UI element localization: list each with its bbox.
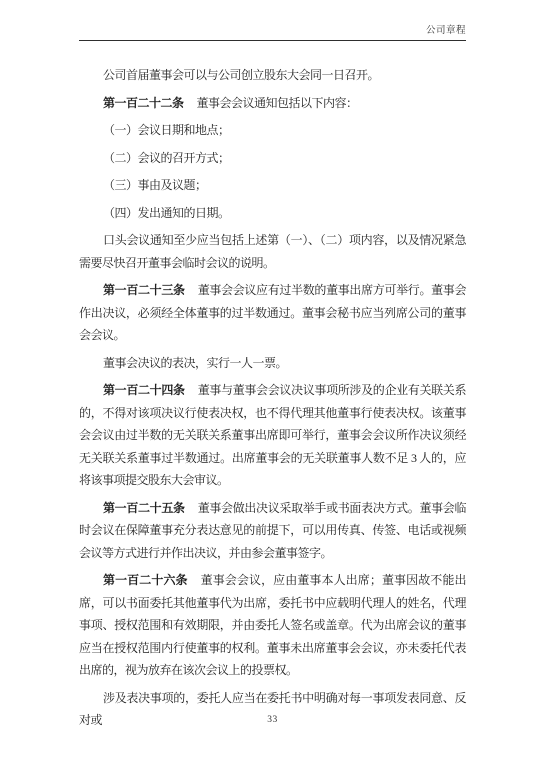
paragraph-text: 公司首届董事会可以与公司创立股东大会同一日召开。 bbox=[103, 68, 379, 82]
article-number: 第一百二十六条 bbox=[103, 573, 188, 587]
paragraph-text: （一）会议日期和地点； bbox=[103, 123, 230, 137]
paragraph-text: 口头会议通知至少应当包括上述第（一）、（二）项内容，以及情况紧急需要尽快召开董事… bbox=[79, 233, 466, 270]
page-number: 33 bbox=[267, 715, 278, 725]
body-paragraph: （一）会议日期和地点； bbox=[79, 119, 466, 142]
article-number: 第一百二十五条 bbox=[103, 501, 185, 515]
paragraph-text: （二）会议的召开方式； bbox=[103, 151, 230, 165]
article-paragraph: 第一百二十四条董事与董事会会议决议事项所涉及的企业有关联关系的，不得对该项决议行… bbox=[79, 379, 466, 492]
document-page: 公司章程 公司首届董事会可以与公司创立股东大会同一日召开。第一百二十二条董事会会… bbox=[0, 0, 545, 771]
paragraph-text: 董事会决议的表决，实行一人一票。 bbox=[103, 356, 287, 370]
body-paragraph: 董事会决议的表决，实行一人一票。 bbox=[79, 352, 466, 375]
article-number: 第一百二十二条 bbox=[103, 96, 184, 110]
body-paragraph: （四）发出通知的日期。 bbox=[79, 202, 466, 225]
paragraph-text: （四）发出通知的日期。 bbox=[103, 206, 230, 220]
page-footer: 33 bbox=[0, 709, 545, 727]
paragraph-text: 董事与董事会会议决议事项所涉及的企业有关联关系的，不得对该项决议行使表决权，也不… bbox=[79, 383, 466, 487]
body-paragraph: （三）事由及议题； bbox=[79, 174, 466, 197]
paragraph-text: （三）事由及议题； bbox=[103, 178, 207, 192]
article-number: 第一百二十三条 bbox=[103, 283, 185, 297]
paragraph-text: 董事会会议，应由董事本人出席；董事因故不能出席，可以书面委托其他董事代为出席，委… bbox=[79, 573, 466, 677]
body-paragraph: （二）会议的召开方式； bbox=[79, 147, 466, 170]
body-paragraph: 公司首届董事会可以与公司创立股东大会同一日召开。 bbox=[79, 64, 466, 87]
header-rule: 公司章程 bbox=[79, 25, 466, 41]
page-header: 公司章程 bbox=[79, 0, 466, 41]
article-paragraph: 第一百二十二条董事会会议通知包括以下内容： bbox=[79, 92, 466, 115]
article-paragraph: 第一百二十六条董事会会议，应由董事本人出席；董事因故不能出席，可以书面委托其他董… bbox=[79, 569, 466, 682]
paragraph-text: 董事会会议通知包括以下内容： bbox=[197, 96, 358, 110]
document-body: 公司首届董事会可以与公司创立股东大会同一日召开。第一百二十二条董事会会议通知包括… bbox=[79, 64, 466, 737]
body-paragraph: 口头会议通知至少应当包括上述第（一）、（二）项内容，以及情况紧急需要尽快召开董事… bbox=[79, 229, 466, 274]
header-title: 公司章程 bbox=[426, 26, 466, 36]
article-paragraph: 第一百二十五条董事会做出决议采取举手或书面表决方式。董事会临时会议在保障董事充分… bbox=[79, 497, 466, 565]
article-paragraph: 第一百二十三条董事会会议应有过半数的董事出席方可举行。董事会作出决议，必须经全体… bbox=[79, 279, 466, 347]
article-number: 第一百二十四条 bbox=[103, 383, 185, 397]
